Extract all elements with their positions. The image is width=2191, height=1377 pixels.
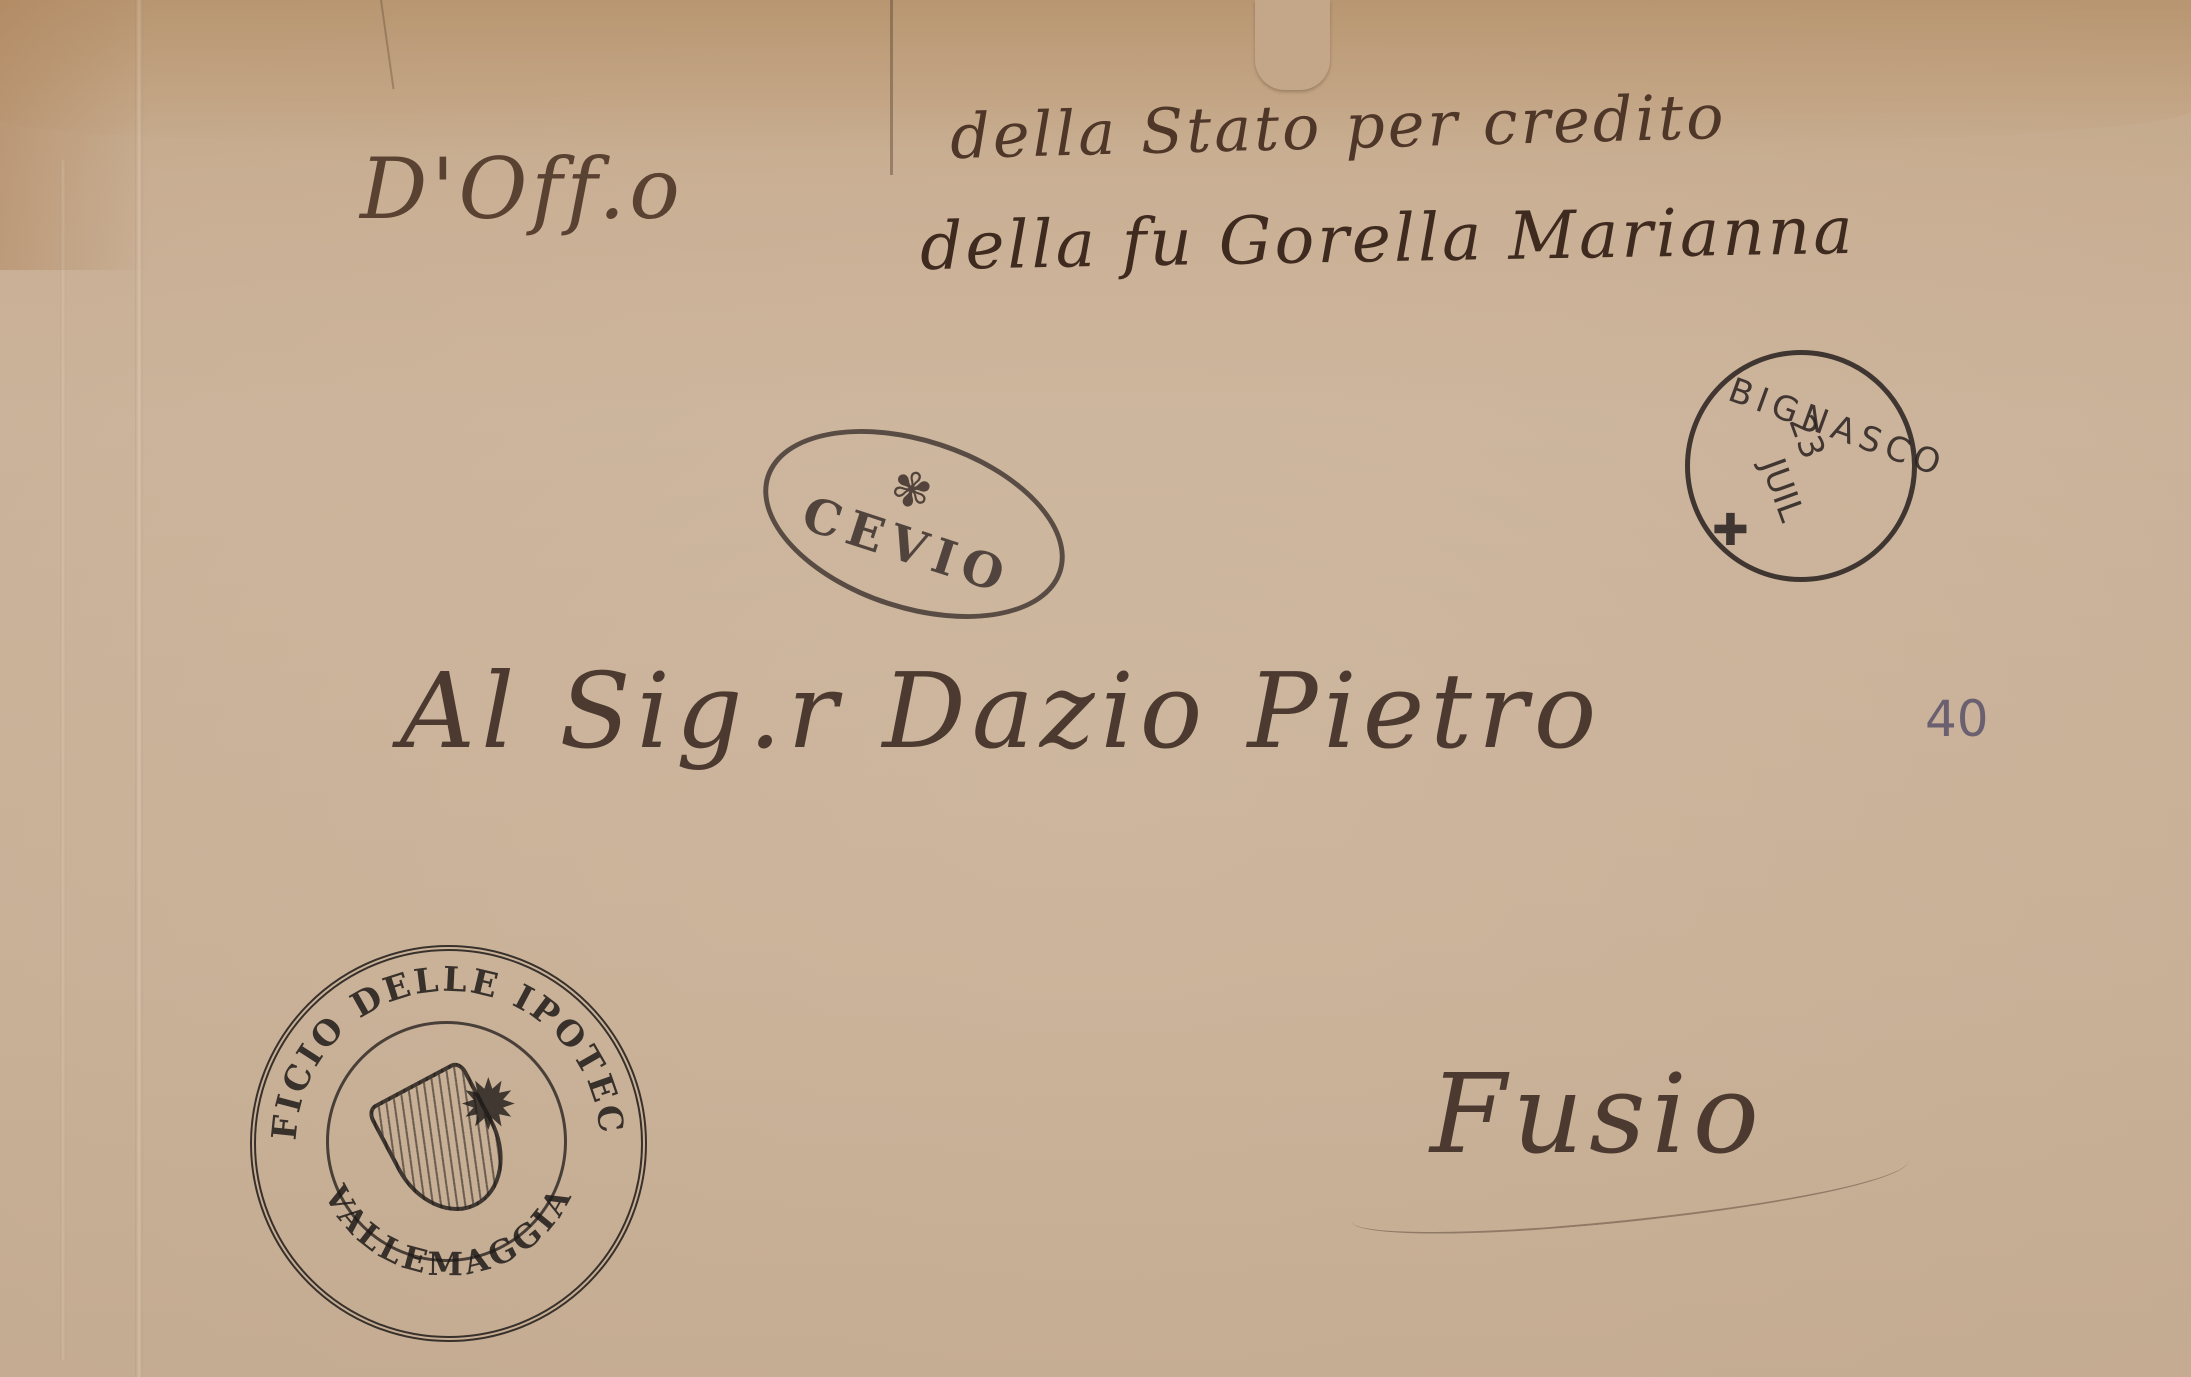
fold-crease bbox=[60, 160, 66, 1360]
envelope: D'Off.o della Stato per credito della fu… bbox=[0, 0, 2191, 1377]
postmark-month: JUIL bbox=[1752, 453, 1811, 527]
pencil-mark: 40 bbox=[1925, 690, 1989, 748]
officio-note: D'Off.o bbox=[360, 140, 684, 238]
torn-paper-flap bbox=[1255, 0, 1330, 90]
ufficio-ipoteche-seal: UFFICIO DELLE IPOTECHE VALLEMAGGIA ✹ bbox=[250, 945, 647, 1342]
cevio-oval-stamp: ✾ CEVIO bbox=[739, 394, 1089, 654]
recipient-name: Al Sig.r Dazio Pietro bbox=[400, 650, 1602, 772]
water-stain-left bbox=[0, 0, 150, 270]
note-line-2: della fu Gorella Marianna bbox=[919, 192, 1856, 285]
shield-sun-laurel-icon: ✹ bbox=[326, 1021, 567, 1262]
swiss-cross-icon: ✚ bbox=[1712, 505, 1749, 556]
tear-line bbox=[890, 0, 893, 175]
fold-crease bbox=[135, 0, 143, 1377]
sun-icon: ✹ bbox=[459, 1064, 518, 1146]
bignasco-postmark: BIGNASCO 23 JUIL ✚ bbox=[1685, 350, 1917, 582]
